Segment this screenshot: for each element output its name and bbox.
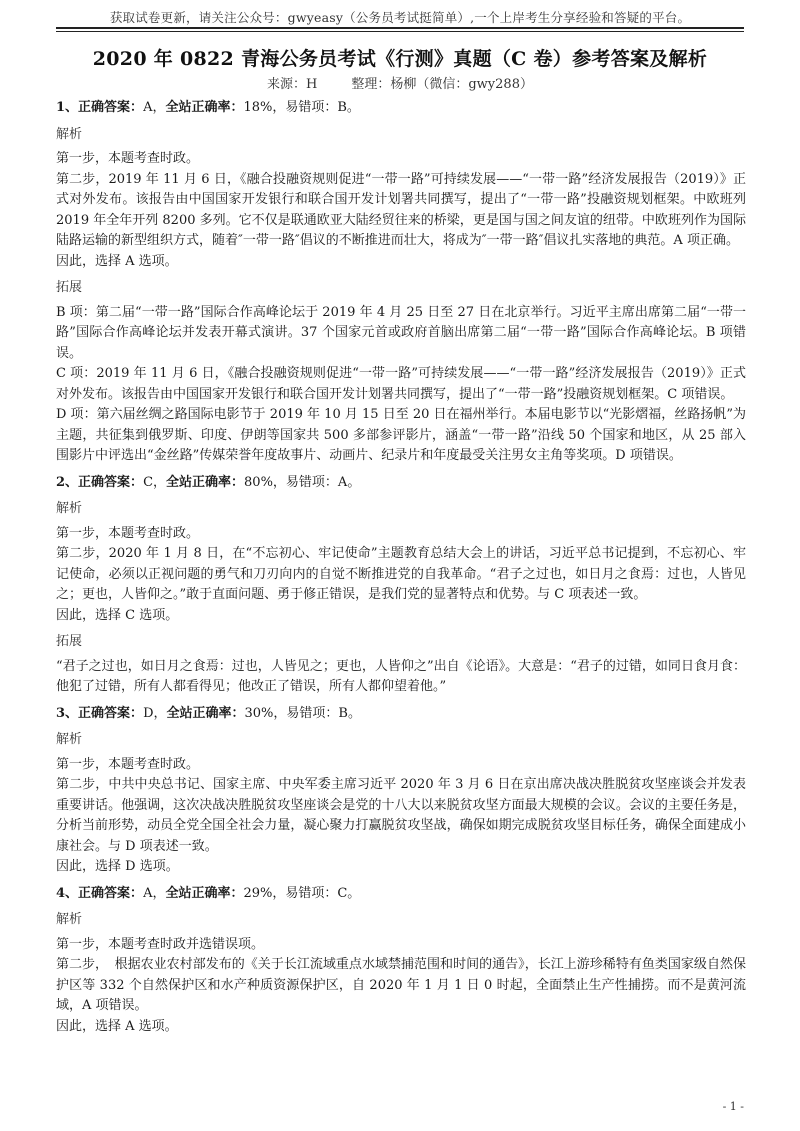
analysis-paragraph: 第二步，中共中央总书记、国家主席、中央军委主席习近平 2020 年 3 月 6 … <box>56 775 746 857</box>
header-note: 获取试卷更新，请关注公众号：gwyeasy（公务员考试挺简单）,一个上岸考生分享… <box>0 8 800 26</box>
extension-body: B 项：第二届“一带一路”国际合作高峰论坛于 2019 年 4 月 25 日至 … <box>56 303 746 467</box>
analysis-paragraph: 第一步，本题考查时政。 <box>56 149 746 170</box>
question-header: 2、正确答案：C，全站正确率：80%，易错项：A。 <box>56 473 746 494</box>
analysis-paragraph: 第二步，2020 年 1 月 8 日，在“不忘初心、牢记使命”主题教育总结大会上… <box>56 544 746 606</box>
question-1: 1、正确答案：A，全站正确率：18%，易错项：B。 解析 第一步，本题考查时政。… <box>56 98 746 467</box>
analysis-paragraph: 第一步，本题考查时政。 <box>56 755 746 776</box>
extension-body: “君子之过也，如日月之食焉：过也，人皆见之；更也，人皆仰之”出自《论语》。大意是… <box>56 657 746 698</box>
page-number: - 1 - <box>723 1100 744 1113</box>
question-header: 4、正确答案：A，全站正确率：29%，易错项：C。 <box>56 884 746 905</box>
document-body: 1、正确答案：A，全站正确率：18%，易错项：B。 解析 第一步，本题考查时政。… <box>56 96 746 1043</box>
question-3: 3、正确答案：D，全站正确率：30%，易错项：B。 解析 第一步，本题考查时政。… <box>56 704 746 878</box>
extension-paragraph: “君子之过也，如日月之食焉：过也，人皆见之；更也，人皆仰之”出自《论语》。大意是… <box>56 657 746 698</box>
question-4: 4、正确答案：A，全站正确率：29%，易错项：C。 解析 第一步，本题考查时政并… <box>56 884 746 1038</box>
analysis-label: 解析 <box>56 125 746 146</box>
analysis-paragraph: 第一步，本题考查时政并选错误项。 <box>56 935 746 956</box>
question-header: 3、正确答案：D，全站正确率：30%，易错项：B。 <box>56 704 746 725</box>
analysis-paragraph: 因此，选择 A 选项。 <box>56 252 746 273</box>
analysis-paragraph: 因此，选择 C 选项。 <box>56 606 746 627</box>
extension-paragraph: D 项：第六届丝绸之路国际电影节于 2019 年 10 月 15 日至 20 日… <box>56 405 746 467</box>
header-rule-thin <box>56 31 744 32</box>
analysis-paragraph: 第一步，本题考查时政。 <box>56 524 746 545</box>
analysis-label: 解析 <box>56 730 746 751</box>
document-title: 2020 年 0822 青海公务员考试《行测》真题（C 卷）参考答案及解析 <box>0 44 800 71</box>
analysis-label: 解析 <box>56 499 746 520</box>
document-subtitle: 来源：H整理：杨柳（微信：gwy288） <box>0 73 800 92</box>
question-header: 1、正确答案：A，全站正确率：18%，易错项：B。 <box>56 98 746 119</box>
header-rule-thick <box>56 27 744 29</box>
analysis-body: 第一步，本题考查时政并选错误项。 第二步， 根据农业农村部发布的《关于长江流域重… <box>56 935 746 1038</box>
analysis-body: 第一步，本题考查时政。 第二步，2020 年 1 月 8 日，在“不忘初心、牢记… <box>56 524 746 627</box>
source-text: 来源：H <box>267 77 317 92</box>
analysis-paragraph: 第二步， 根据农业农村部发布的《关于长江流域重点水域禁捕范围和时间的通告》，长江… <box>56 955 746 1017</box>
analysis-body: 第一步，本题考查时政。 第二步，中共中央总书记、国家主席、中央军委主席习近平 2… <box>56 755 746 878</box>
extension-paragraph: B 项：第二届“一带一路”国际合作高峰论坛于 2019 年 4 月 25 日至 … <box>56 303 746 365</box>
analysis-paragraph: 因此，选择 A 选项。 <box>56 1017 746 1038</box>
analysis-paragraph: 因此，选择 D 选项。 <box>56 857 746 878</box>
question-2: 2、正确答案：C，全站正确率：80%，易错项：A。 解析 第一步，本题考查时政。… <box>56 473 746 698</box>
analysis-body: 第一步，本题考查时政。 第二步，2019 年 11 月 6 日，《融合投融资规则… <box>56 149 746 272</box>
analysis-label: 解析 <box>56 910 746 931</box>
extension-label: 拓展 <box>56 278 746 299</box>
extension-label: 拓展 <box>56 632 746 653</box>
editor-text: 整理：杨柳（微信：gwy288） <box>351 77 533 92</box>
extension-paragraph: C 项：2019 年 11 月 6 日，《融合投融资规则促进“一带一路”可持续发… <box>56 364 746 405</box>
analysis-paragraph: 第二步，2019 年 11 月 6 日，《融合投融资规则促进“一带一路”可持续发… <box>56 170 746 252</box>
